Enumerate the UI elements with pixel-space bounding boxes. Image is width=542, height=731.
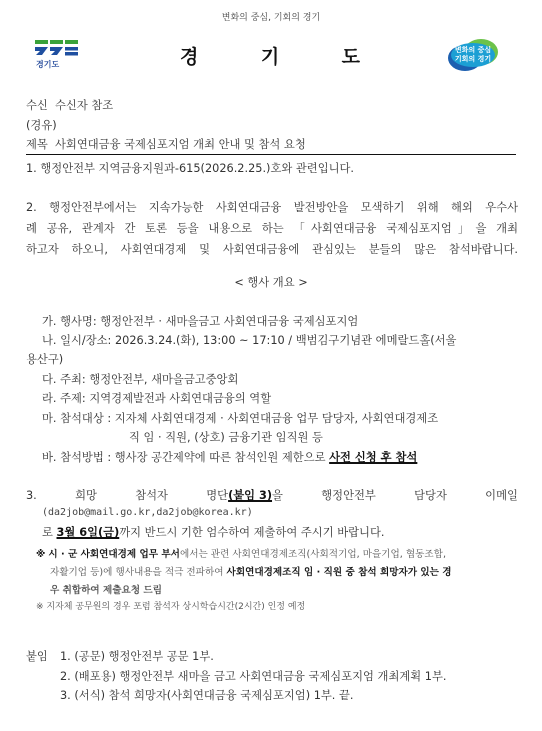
note-1-line-2: 자활기업 등)에 행사내용을 적극 전파하여 사회연대경제조직 임 · 직원 중…: [50, 564, 452, 578]
contact-emails: (da2job@mail.go.kr,da2job@korea.kr): [42, 507, 253, 518]
event-item: 바. 참석방법 : 행사장 공간제약에 따른 참석인원 제한으로 사전 신청 후…: [42, 451, 417, 465]
emphasis-prior-registration: 사전 신청 후 참석: [329, 451, 417, 464]
attachment-item: 2. (배포용) 행정안전부 새마을 금고 사회연대금융 국제심포지엄 개최계획…: [60, 670, 447, 684]
section-3-line: 3. 희망 참석자 명단(붙임 3)을 행정안전부 담당자 이메일: [26, 489, 518, 503]
deadline-line: 로 3월 6일(금)까지 반드시 기한 엄수하여 제출하여 주시기 바랍니다.: [42, 526, 384, 540]
event-item: 나. 일시/장소: 2026.3.24.(화), 13:00 ~ 17:10 /…: [42, 334, 456, 348]
badge-line: 변화의 중심: [447, 46, 499, 55]
event-item-cont: 용산구): [26, 353, 63, 367]
event-item: 마. 참석대상 : 지자체 사회연대경제 · 사회연대금융 업무 담당자, 사회…: [42, 412, 438, 426]
paragraph-2-line: 하고자 하오니, 사회연대경제 및 사회연대금융에 관심있는 분들의 많은 참석…: [26, 239, 518, 260]
event-item-cont: 직 임 · 직원, (상호) 금융기관 임직원 등: [129, 431, 323, 445]
title-char: 경: [180, 42, 198, 69]
recipient-row: 수신 수신자 참조: [26, 99, 113, 113]
slogan-badge: 변화의 중심 기회의 경기: [447, 38, 499, 72]
note-1-line-3: 우 취합하여 제출요청 드림: [50, 582, 162, 596]
recipient-value: 수신자 참조: [55, 99, 113, 112]
subject-value: 사회연대금융 국제심포지엄 개최 안내 및 참석 요청: [55, 138, 306, 151]
event-item: 라. 주제: 지역경제발전과 사회연대금융의 역할: [42, 392, 271, 406]
note-1-line-1: ※ 시 · 군 사회연대경제 업무 부서에서는 관련 사회연대경제조직(사회적기…: [36, 546, 446, 560]
paragraph-2: 2. 행정안전부에서는 지속가능한 사회연대금융 발전방안을 모색하기 위해 해…: [26, 197, 518, 260]
event-item: 가. 행사명: 행정안전부 · 새마을금고 사회연대금융 국제심포지엄: [42, 315, 358, 329]
note-mark: ※: [36, 549, 45, 560]
event-item: 다. 주최: 행정안전부, 새마을금고중앙회: [42, 373, 238, 387]
attachment-item: 1. (공문) 행정안전부 공문 1부.: [60, 650, 214, 664]
subject-row: 제목 사회연대금융 국제심포지엄 개최 안내 및 참석 요청: [26, 138, 306, 152]
deadline-date: 3월 6일(금): [57, 526, 120, 539]
gyeonggi-logo-icon: [33, 40, 81, 58]
paragraph-2-line: 례 공유, 관계자 간 토론 등을 내용으로 하는 「사회연대금융 국제심포지엄…: [26, 218, 518, 239]
attachment-item: 3. (서식) 참석 희망자(사회연대금융 국제심포지엄) 1부. 끝.: [60, 689, 354, 703]
event-heading: < 행사 개요 >: [0, 276, 542, 290]
attachment-reference: (붙임 3): [228, 489, 272, 502]
slogan: 변화의 중심, 기회의 경기: [0, 10, 542, 23]
document-title: 경 기 도: [180, 42, 360, 69]
attachments-label: 붙임: [26, 650, 48, 664]
via-row: (경유): [26, 119, 57, 133]
paragraph-1: 1. 행정안전부 지역금융지원과-615(2026.2.25.)호와 관련입니다…: [26, 162, 354, 176]
note-2: ※ 지자체 공무원의 경우 포럼 참석자 상시학습시간(2시간) 인정 예정: [36, 599, 305, 612]
badge-line: 기회의 경기: [447, 55, 499, 64]
recipient-label: 수신: [26, 99, 48, 112]
subject-divider: [26, 154, 516, 155]
title-char: 도: [342, 42, 360, 69]
logo-text: 경기도: [36, 59, 59, 70]
title-char: 기: [261, 42, 279, 69]
gyeonggi-logo: 경기도: [33, 40, 81, 76]
paragraph-2-line: 2. 행정안전부에서는 지속가능한 사회연대금융 발전방안을 모색하기 위해 해…: [26, 197, 518, 218]
subject-label: 제목: [26, 138, 48, 151]
